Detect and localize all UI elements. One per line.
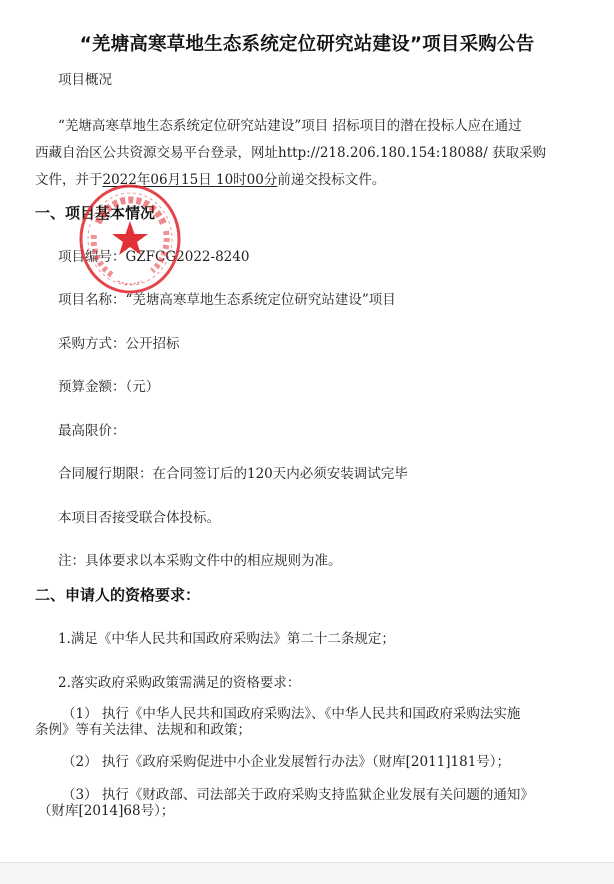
field-value: GZFCG2022-8240 xyxy=(126,249,250,265)
field-contract-period: 合同履行期限：在合同签订后的120天内必须安装调试完毕 xyxy=(58,466,408,482)
field-label: 采购方式： xyxy=(58,336,126,352)
section-1-heading: 一、项目基本情况 xyxy=(35,202,155,223)
document-title: “羌塘高寒草地生态系统定位研究站建设”项目采购公告 xyxy=(0,30,614,56)
requirement-item-1-line-1: （1） 执行《中华人民共和国政府采购法》、《中华人民共和国政府采购法实施 xyxy=(62,706,520,722)
field-value: （元） xyxy=(126,379,160,395)
intro-line-3-suffix: 前递交投标文件。 xyxy=(277,172,385,188)
field-label: 项目名称： xyxy=(58,292,126,308)
requirement-item-2: （2） 执行《政府采购促进中小企业发展暂行办法》（财库[2011]181号）； xyxy=(62,754,510,770)
overview-label: 项目概况 xyxy=(58,72,112,88)
field-max-price: 最高限价： xyxy=(58,423,126,439)
viewer-footer-bar xyxy=(0,862,614,884)
section-2-heading: 二、申请人的资格要求： xyxy=(35,584,200,605)
consortium-statement: 本项目否接受联合体投标。 xyxy=(58,510,220,526)
requirement-2: 2.落实政府采购政策需满足的资格要求： xyxy=(58,675,300,691)
field-label: 预算金额： xyxy=(58,379,126,395)
field-procurement-method: 采购方式：公开招标 xyxy=(58,336,180,352)
field-label: 最高限价： xyxy=(58,423,126,439)
field-label: 项目编号： xyxy=(58,249,126,265)
field-project-name: 项目名称：“羌塘高寒草地生态系统定位研究站建设”项目 xyxy=(58,292,396,308)
intro-line-3-prefix: 文件，并于 xyxy=(35,172,103,188)
intro-line-1: “羌塘高寒草地生态系统定位研究站建设”项目 招标项目的潜在投标人应在通过 xyxy=(58,118,522,134)
field-value: 公开招标 xyxy=(126,336,180,352)
official-seal-stamp xyxy=(78,183,182,295)
note-statement: 注：具体要求以本采购文件中的相应规则为准。 xyxy=(58,553,342,569)
field-value: “羌塘高寒草地生态系统定位研究站建设”项目 xyxy=(126,292,396,308)
requirement-item-3-line-1: （3） 执行《财政部、司法部关于政府采购支持监狱企业发展有关问题的通知》 xyxy=(62,787,534,803)
requirement-item-3-line-2: （财库[2014]68号）； xyxy=(38,803,174,819)
submission-deadline: 2022年06月15日 10时00分 xyxy=(103,172,278,188)
intro-line-3: 文件，并于2022年06月15日 10时00分前递交投标文件。 xyxy=(35,172,385,188)
field-label: 合同履行期限： xyxy=(58,466,153,482)
field-budget: 预算金额：（元） xyxy=(58,379,159,395)
field-project-number: 项目编号：GZFCG2022-8240 xyxy=(58,249,249,265)
field-value: 在合同签订后的120天内必须安装调试完毕 xyxy=(153,466,408,482)
document-page: “羌塘高寒草地生态系统定位研究站建设”项目采购公告 项目概况 “羌塘高寒草地生态… xyxy=(0,0,614,862)
intro-line-2: 西藏自治区公共资源交易平台登录，网址http://218.206.180.154… xyxy=(35,145,546,161)
requirement-item-1-line-2: 条例》等有关法律、法规和和政策； xyxy=(35,722,251,738)
requirement-1: 1.满足《中华人民共和国政府采购法》第二十二条规定； xyxy=(58,631,395,647)
